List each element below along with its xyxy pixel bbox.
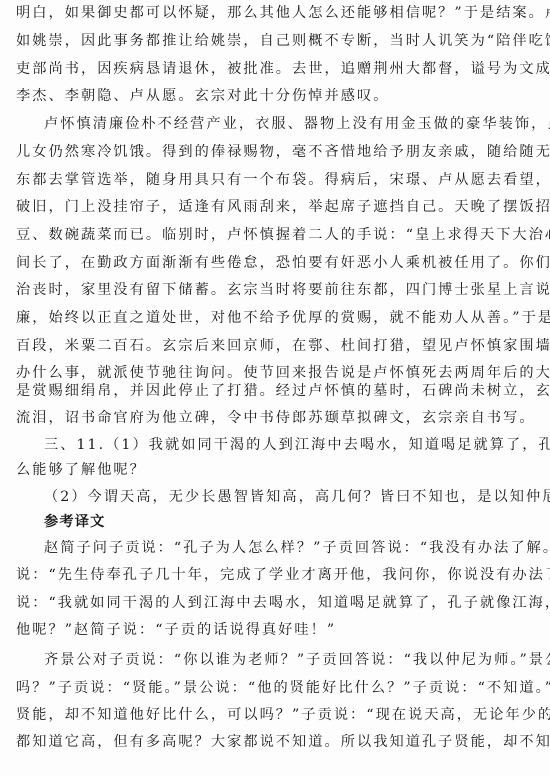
question-11-1-answer: 三、11.（1）我就如同干渴的人到江海中去喝水，知道喝足就算了，孔子就像江海，我… (44, 434, 536, 456)
text-line: 明白，如果御史都可以怀疑，那么其他人怎么还能够相信呢？”于是结案。卢怀慎自认为才… (16, 2, 536, 24)
text-line: 治丧时，家里没有留下储蓄。玄宗当时将要前往东都，四门博士张星上言说：“卢怀慎忠诚… (16, 279, 536, 301)
text-line: 廉，始终以正直之道处世，对他不给予优厚的赏赐，就不能劝人从善。”于是下诏赐他家织… (16, 307, 536, 329)
text-line: 如姚崇，因此事务都推让给姚崇，自己则概不专断，当时人讥笑为“陪伴吃饭的宰相”。又… (16, 30, 536, 52)
text-line: 他呢？”赵简子说：“子贡的话说得真好哇！” (16, 619, 536, 641)
text-line: 是赏赐细绢帛，并因此停止了打猎。经过卢怀慎的墓时，石碑尚未树立，玄宗停马注视，泫… (16, 380, 536, 402)
text-line: 东都去掌管选举，随身用具只有一个布袋。得病后，宋璟、卢从愿去看望，见铺的席子单薄… (16, 169, 536, 191)
text-line: 破旧，门上没挂帘子，适逢有风雨刮来，举起席子遮挡自己。天晚了摆饭招待，只有两盆蒸 (16, 196, 536, 218)
text-line: 都知道它高，但有多高呢？大家都说不知道。所以我知道孔子贤能，却不知道他好比什么。… (16, 731, 536, 753)
text-line: 吗？”子贡说：“贤能。”景公说：“他的贤能好比什么？”子贡说：“不知道。”景公说… (16, 677, 536, 699)
paragraph-first-line: 卢怀慎清廉俭朴不经营产业，衣服、器物上没有用金玉做的豪华装饰，虽然地位尊贵但妻子 (44, 113, 536, 135)
text-line: 流泪，诏书命官府为他立碑，令中书侍郎苏颋草拟碑文，玄宗亲自书写。 (16, 407, 536, 429)
paragraph-first-line: 齐景公对子贡说：“你以谁为老师？”子贡回答说：“我以仲尼为师。”景公说：“仲尼贤… (44, 649, 536, 671)
text-line: 百段，米粟二百石。玄宗后来回京师，在鄠、杜间打猎，望见卢怀慎家围墙简陋低矮，家人… (16, 335, 536, 357)
text-line: 么能够了解他呢？ (16, 459, 536, 481)
text-line: 李杰、李朝隐、卢从愿。玄宗对此十分伤悼并感叹。 (16, 85, 536, 107)
text-line: 儿女仍然寒冷饥饿。得到的俸禄赐物，毫不吝惜地给予朋友亲戚，随给随无，很快散尽。赴… (16, 141, 536, 163)
question-11-2-answer: （2）今谓天高，无少长愚智皆知高，高几何？皆曰不知也，是以知仲尼之贤而不知其奚若… (44, 486, 536, 508)
text-line: 间长了，在勤政方面渐渐有些倦怠，恐怕要有奸恶小人乘机被任用了。你们记住这些话！”… (16, 252, 536, 274)
scanned-document-page: 明白，如果御史都可以怀疑，那么其他人怎么还能够相信呢？”于是结案。卢怀慎自认为才… (0, 0, 550, 776)
text-line: 豆、数碗蔬菜而已。临别时，卢怀慎握着二人的手说：“皇上求得天下大治心切，然而在位… (16, 224, 536, 246)
paragraph-first-line: 赵简子问子贡说：“孔子为人怎么样？”子贡回答说：“我没有办法了解。”赵简子不高兴… (44, 537, 536, 559)
text-line: 吏部尚书，因疾病恳请退休，被批准。去世，追赠荆州大都督，谥号为文成。留下遗言推荐… (16, 58, 536, 80)
text-line: 说：“我就如同干渴的人到江海中去喝水，知道喝足就算了，孔子就像江海，我又怎么能够… (16, 592, 536, 614)
text-line: 说：“先生侍奉孔子几十年，完成了学业才离开他，我问你，你说没有办法了解，为什么？… (16, 564, 536, 586)
text-line: 贤能，却不知道他好比什么，可以吗？”子贡说：“现在说天高，无论年少的年长的，聪明… (16, 704, 536, 726)
section-heading: 参考译文 (44, 511, 536, 533)
